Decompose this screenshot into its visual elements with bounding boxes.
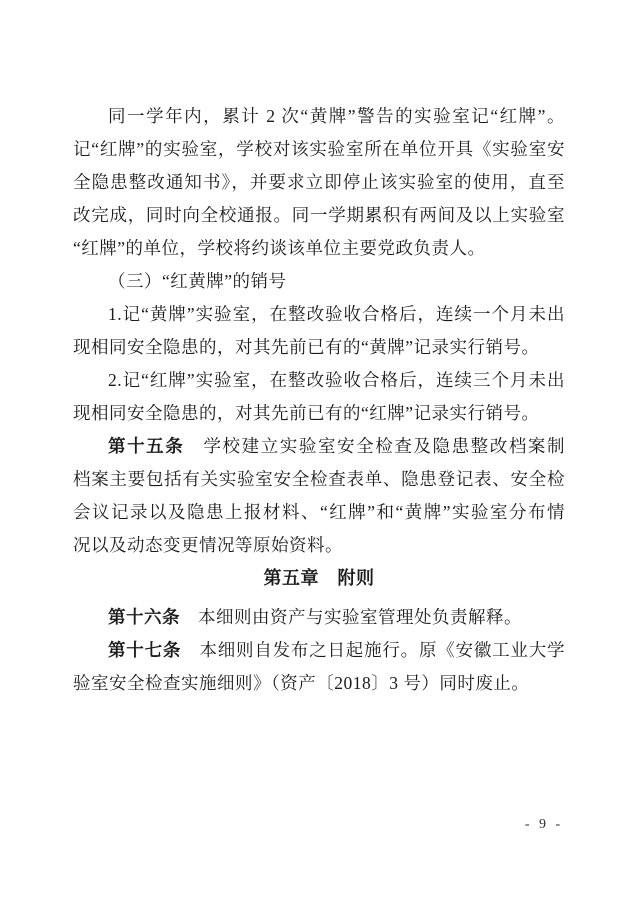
chapter-heading: 第五章 附则 (73, 562, 565, 595)
document-body: 同一学年内，累计 2 次“黄牌”警告的实验室记“红牌”。记“红牌”的实验室，学校… (73, 100, 565, 700)
text-segment: 现相同安全隐患的，对其先前已有的“红牌”记录实行销号。 (73, 403, 540, 423)
text-line: 会议记录以及隐患上报材料、“红牌”和“黄牌”实验室分布情 (73, 496, 565, 529)
page-number: - 9 - (512, 817, 576, 833)
text-segment: 况以及动态变更情况等原始资料。 (73, 535, 343, 555)
document-page: 同一学年内，累计 2 次“黄牌”警告的实验室记“红牌”。记“红牌”的实验室，学校… (0, 0, 638, 902)
bold-term: 第十五条 (108, 436, 184, 456)
text-line: 1.记“黄牌”实验室，在整改验收合格后，连续一个月未出 (73, 298, 565, 331)
bold-term: 第五章 附则 (264, 568, 375, 588)
text-line: 同一学年内，累计 2 次“黄牌”警告的实验室记“红牌”。 (73, 100, 565, 133)
text-line: 第十七条 本细则自发布之日起施行。原《安徽工业大学实 (73, 634, 565, 667)
text-segment: “红牌”的单位，学校将约谈该单位主要党政负责人。 (73, 238, 486, 258)
text-segment: （三）“红黄牌”的销号 (108, 271, 287, 291)
text-segment: 本细则由资产与实验室管理处负责解释。 (180, 607, 522, 627)
text-segment: 档案主要包括有关实验室安全检查表单、隐患登记表、安全检查 (73, 469, 565, 496)
text-segment: 1.记“黄牌”实验室，在整改验收合格后，连续一个月未出 (108, 304, 565, 324)
text-segment: 同一学年内，累计 2 次“黄牌”警告的实验室记“红牌”。 (108, 106, 565, 126)
text-line: 验室安全检查实施细则》（资产〔2018〕3 号）同时废止。 (73, 667, 565, 700)
text-line: 第十六条 本细则由资产与实验室管理处负责解释。 (73, 601, 565, 634)
text-line: 记“红牌”的实验室，学校对该实验室所在单位开具《实验室安 (73, 133, 565, 166)
text-line: 改完成，同时向全校通报。同一学期累积有两间及以上实验室记 (73, 199, 565, 232)
text-line: 况以及动态变更情况等原始资料。 (73, 529, 565, 562)
text-segment: 全隐患整改通知书》，并要求立即停止该实验室的使用，直至整 (73, 172, 565, 199)
text-segment: 现相同安全隐患的，对其先前已有的“黄牌”记录实行销号。 (73, 337, 540, 357)
text-line: 现相同安全隐患的，对其先前已有的“红牌”记录实行销号。 (73, 397, 565, 430)
text-line: （三）“红黄牌”的销号 (73, 265, 565, 298)
text-line: 全隐患整改通知书》，并要求立即停止该实验室的使用，直至整 (73, 166, 565, 199)
text-segment: 记“红牌”的实验室，学校对该实验室所在单位开具《实验室安 (73, 139, 565, 159)
bold-term: 第十七条 (108, 640, 181, 660)
text-line: 现相同安全隐患的，对其先前已有的“黄牌”记录实行销号。 (73, 331, 565, 364)
text-segment: 会议记录以及隐患上报材料、“红牌”和“黄牌”实验室分布情 (73, 502, 565, 522)
bold-term: 第十六条 (108, 607, 180, 627)
text-segment: 验室安全检查实施细则》（资产〔2018〕3 号）同时废止。 (73, 673, 529, 693)
text-line: 2.记“红牌”实验室，在整改验收合格后，连续三个月未出 (73, 364, 565, 397)
text-line: 档案主要包括有关实验室安全检查表单、隐患登记表、安全检查 (73, 463, 565, 496)
text-segment: 2.记“红牌”实验室，在整改验收合格后，连续三个月未出 (108, 370, 565, 390)
text-line: “红牌”的单位，学校将约谈该单位主要党政负责人。 (73, 232, 565, 265)
text-line: 第十五条 学校建立实验室安全检查及隐患整改档案制度， (73, 430, 565, 463)
text-segment: 改完成，同时向全校通报。同一学期累积有两间及以上实验室记 (73, 205, 565, 232)
